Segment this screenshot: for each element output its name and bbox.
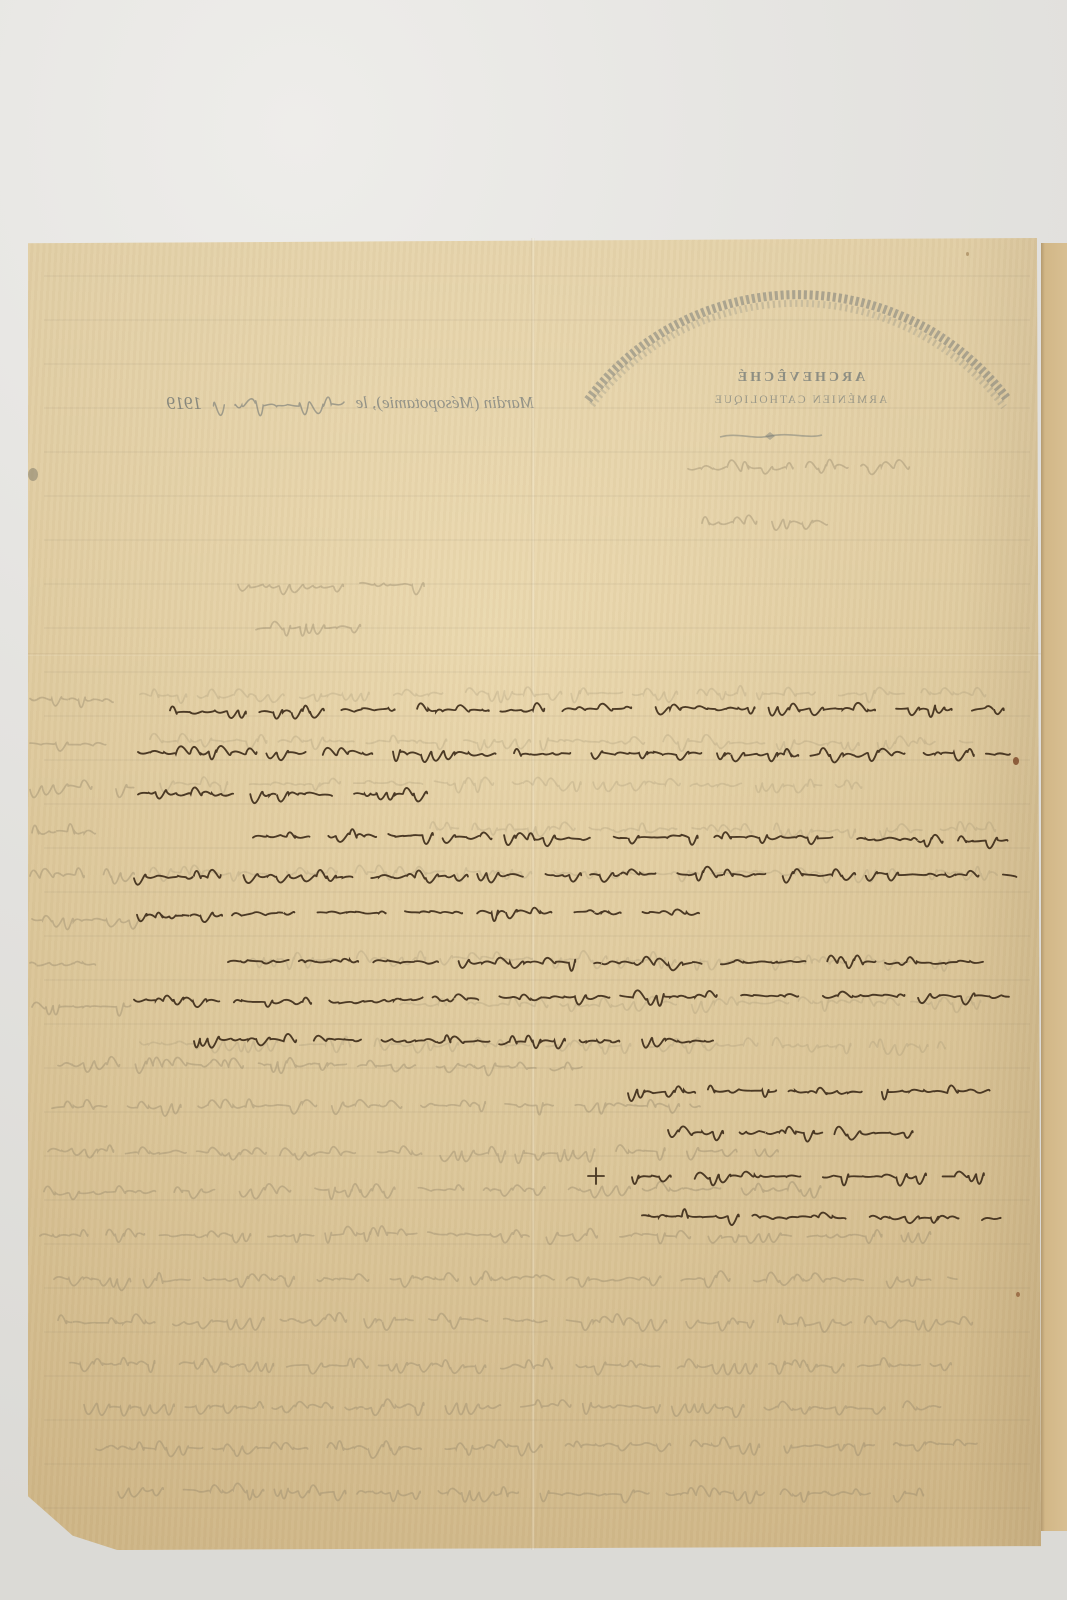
- foxing-speck: [28, 468, 38, 481]
- foxing-speck: [966, 252, 969, 256]
- handwriting-layer: [0, 0, 1067, 1600]
- foxing-speck: [1013, 757, 1019, 765]
- photo-background: ARCHEVÊCHÉ ARMÉNIEN CATHOLIQUE Mardin (M…: [0, 0, 1067, 1600]
